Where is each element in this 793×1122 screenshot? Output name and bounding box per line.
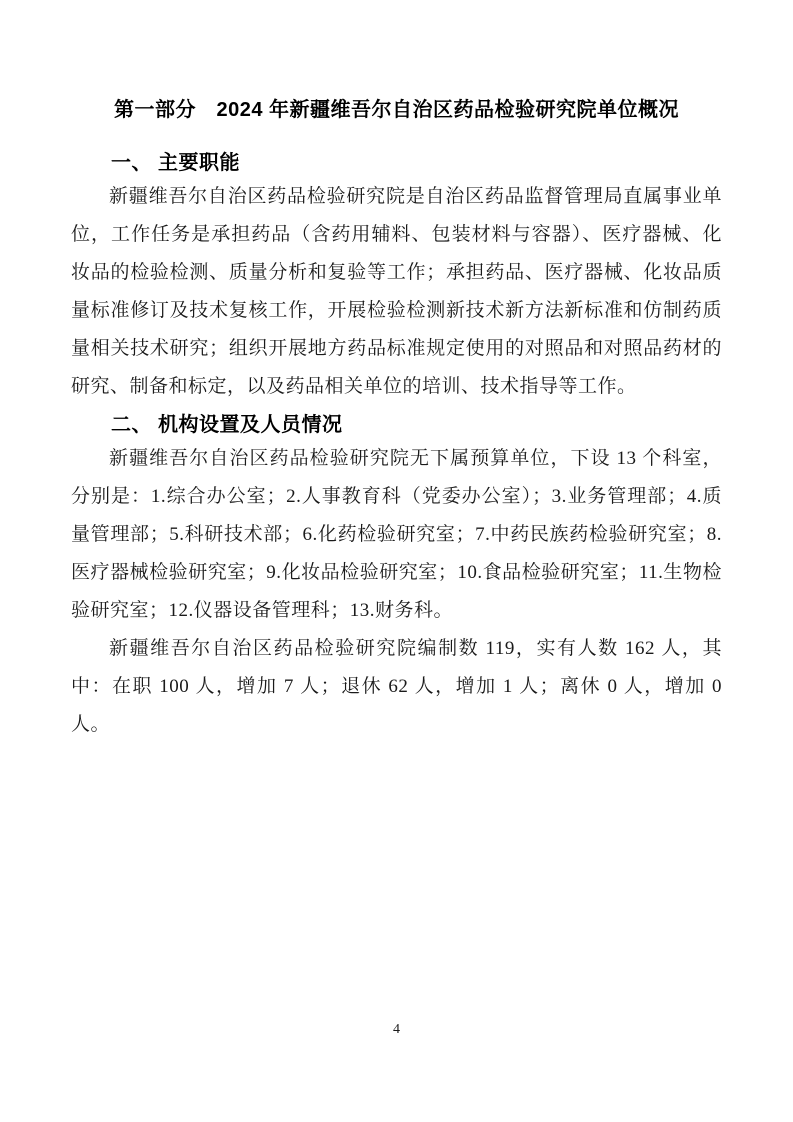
section-heading-main-duties: 一、 主要职能 bbox=[71, 148, 722, 178]
document-content: 第一部分 2024 年新疆维吾尔自治区药品检验研究院单位概况 一、 主要职能 新… bbox=[0, 95, 793, 744]
document-page: 第一部分 2024 年新疆维吾尔自治区药品检验研究院单位概况 一、 主要职能 新… bbox=[0, 0, 793, 1122]
page-number: 4 bbox=[0, 1022, 793, 1038]
paragraph-personnel: 新疆维吾尔自治区药品检验研究院编制数 119，实有人数 162 人，其中：在职 … bbox=[71, 630, 722, 744]
document-title: 第一部分 2024 年新疆维吾尔自治区药品检验研究院单位概况 bbox=[71, 95, 722, 125]
paragraph-main-duties: 新疆维吾尔自治区药品检验研究院是自治区药品监督管理局直属事业单位，工作任务是承担… bbox=[71, 178, 722, 406]
section-heading-organization-personnel: 二、 机构设置及人员情况 bbox=[71, 410, 722, 440]
paragraph-organization: 新疆维吾尔自治区药品检验研究院无下属预算单位，下设 13 个科室，分别是：1.综… bbox=[71, 440, 722, 630]
